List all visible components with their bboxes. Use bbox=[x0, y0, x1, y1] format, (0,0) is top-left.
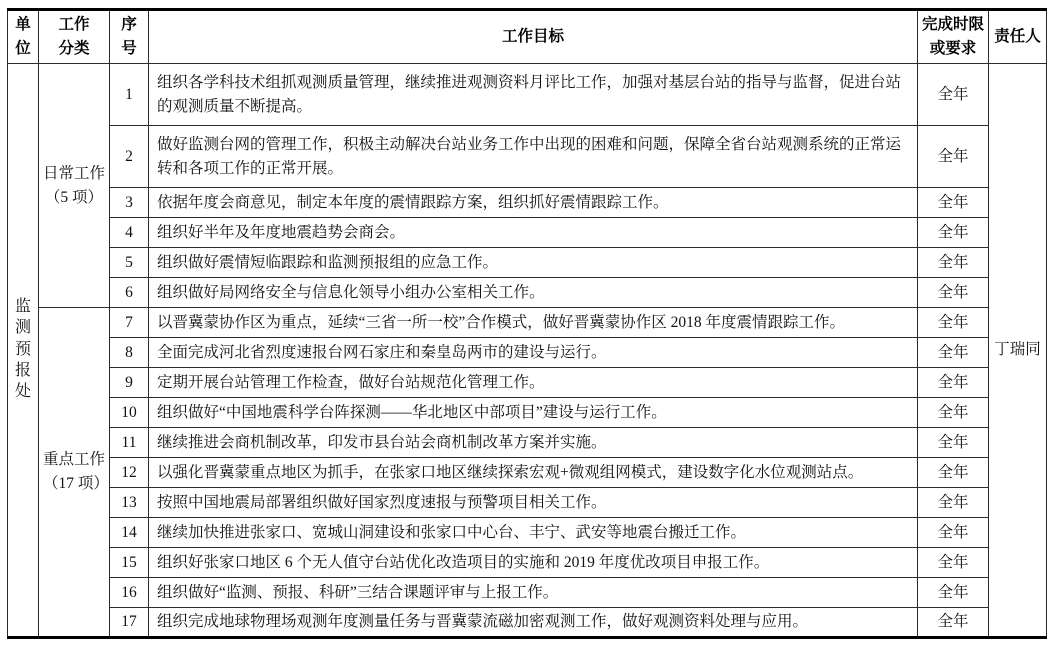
document-page: 单位 工作 分类 序号 工作目标 完成时限 或要求 责任人 监测预报处 日常工作… bbox=[0, 0, 1053, 650]
row-index: 7 bbox=[110, 308, 149, 338]
row-deadline: 全年 bbox=[918, 608, 989, 638]
row-goal: 继续加快推进张家口、宽城山洞建设和张家口中心台、丰宁、武安等地震台搬迁工作。 bbox=[149, 518, 918, 548]
row-deadline: 全年 bbox=[918, 338, 989, 368]
table-row: 12 以强化晋冀蒙重点地区为抓手，在张家口地区继续探索宏观+微观组网模式，建设数… bbox=[8, 458, 1047, 488]
row-deadline: 全年 bbox=[918, 578, 989, 608]
row-deadline: 全年 bbox=[918, 188, 989, 218]
row-goal: 组织好张家口地区 6 个无人值守台站优化改造项目的实施和 2019 年度优改项目… bbox=[149, 548, 918, 578]
table-row: 3 依据年度会商意见，制定本年度的震情跟踪方案，组织抓好震情跟踪工作。 全年 bbox=[8, 188, 1047, 218]
row-index: 4 bbox=[110, 218, 149, 248]
row-goal: 组织做好震情短临跟踪和监测预报组的应急工作。 bbox=[149, 248, 918, 278]
row-index: 15 bbox=[110, 548, 149, 578]
row-index: 14 bbox=[110, 518, 149, 548]
row-index: 1 bbox=[110, 64, 149, 126]
row-deadline: 全年 bbox=[918, 488, 989, 518]
table-row: 5 组织做好震情短临跟踪和监测预报组的应急工作。 全年 bbox=[8, 248, 1047, 278]
row-deadline: 全年 bbox=[918, 548, 989, 578]
row-goal: 定期开展台站管理工作检查，做好台站规范化管理工作。 bbox=[149, 368, 918, 398]
header-goal: 工作目标 bbox=[149, 10, 918, 64]
row-goal: 做好监测台网的管理工作，积极主动解决台站业务工作中出现的困难和问题，保障全省台站… bbox=[149, 126, 918, 188]
category-cell-daily: 日常工作 （5 项） bbox=[39, 64, 110, 308]
row-index: 3 bbox=[110, 188, 149, 218]
row-goal: 以强化晋冀蒙重点地区为抓手，在张家口地区继续探索宏观+微观组网模式，建设数字化水… bbox=[149, 458, 918, 488]
row-goal: 组织做好局网络安全与信息化领导小组办公室相关工作。 bbox=[149, 278, 918, 308]
row-deadline: 全年 bbox=[918, 308, 989, 338]
table-row: 13 按照中国地震局部署组织做好国家烈度速报与预警项目相关工作。 全年 bbox=[8, 488, 1047, 518]
row-deadline: 全年 bbox=[918, 518, 989, 548]
header-unit: 单位 bbox=[8, 10, 39, 64]
row-index: 17 bbox=[110, 608, 149, 638]
unit-label: 监测预报处 bbox=[15, 296, 31, 402]
table-row: 15 组织好张家口地区 6 个无人值守台站优化改造项目的实施和 2019 年度优… bbox=[8, 548, 1047, 578]
row-goal: 依据年度会商意见，制定本年度的震情跟踪方案，组织抓好震情跟踪工作。 bbox=[149, 188, 918, 218]
header-responsible: 责任人 bbox=[989, 10, 1047, 64]
row-index: 8 bbox=[110, 338, 149, 368]
row-goal: 按照中国地震局部署组织做好国家烈度速报与预警项目相关工作。 bbox=[149, 488, 918, 518]
row-goal: 组织做好“中国地震科学台阵探测——华北地区中部项目”建设与运行工作。 bbox=[149, 398, 918, 428]
row-index: 11 bbox=[110, 428, 149, 458]
row-index: 10 bbox=[110, 398, 149, 428]
table-row: 4 组织好半年及年度地震趋势会商会。 全年 bbox=[8, 218, 1047, 248]
row-deadline: 全年 bbox=[918, 428, 989, 458]
table-row: 14 继续加快推进张家口、宽城山洞建设和张家口中心台、丰宁、武安等地震台搬迁工作… bbox=[8, 518, 1047, 548]
row-deadline: 全年 bbox=[918, 458, 989, 488]
table-row: 6 组织做好局网络安全与信息化领导小组办公室相关工作。 全年 bbox=[8, 278, 1047, 308]
row-index: 6 bbox=[110, 278, 149, 308]
row-deadline: 全年 bbox=[918, 126, 989, 188]
table-row: 10 组织做好“中国地震科学台阵探测——华北地区中部项目”建设与运行工作。 全年 bbox=[8, 398, 1047, 428]
header-deadline: 完成时限 或要求 bbox=[918, 10, 989, 64]
table-row: 17 组织完成地球物理场观测年度测量任务与晋冀蒙流磁加密观测工作，做好观测资料处… bbox=[8, 608, 1047, 638]
table-row: 8 全面完成河北省烈度速报台网石家庄和秦皇岛两市的建设与运行。 全年 bbox=[8, 338, 1047, 368]
row-index: 16 bbox=[110, 578, 149, 608]
table-row: 重点工作 （17 项） 7 以晋冀蒙协作区为重点，延续“三省一所一校”合作模式，… bbox=[8, 308, 1047, 338]
row-deadline: 全年 bbox=[918, 398, 989, 428]
responsible-cell: 丁瑞同 bbox=[989, 64, 1047, 638]
row-index: 13 bbox=[110, 488, 149, 518]
row-index: 5 bbox=[110, 248, 149, 278]
row-index: 12 bbox=[110, 458, 149, 488]
header-index: 序号 bbox=[110, 10, 149, 64]
row-goal: 全面完成河北省烈度速报台网石家庄和秦皇岛两市的建设与运行。 bbox=[149, 338, 918, 368]
row-goal: 组织各学科技术组抓观测质量管理，继续推进观测资料月评比工作，加强对基层台站的指导… bbox=[149, 64, 918, 126]
table-row: 11 继续推进会商机制改革，印发市县台站会商机制改革方案并实施。 全年 bbox=[8, 428, 1047, 458]
row-goal: 组织做好“监测、预报、科研”三结合课题评审与上报工作。 bbox=[149, 578, 918, 608]
category-cell-key: 重点工作 （17 项） bbox=[39, 308, 110, 638]
table-row: 9 定期开展台站管理工作检查，做好台站规范化管理工作。 全年 bbox=[8, 368, 1047, 398]
row-deadline: 全年 bbox=[918, 248, 989, 278]
row-index: 2 bbox=[110, 126, 149, 188]
row-deadline: 全年 bbox=[918, 64, 989, 126]
row-goal: 以晋冀蒙协作区为重点，延续“三省一所一校”合作模式，做好晋冀蒙协作区 2018 … bbox=[149, 308, 918, 338]
row-deadline: 全年 bbox=[918, 278, 989, 308]
row-deadline: 全年 bbox=[918, 218, 989, 248]
row-goal: 组织完成地球物理场观测年度测量任务与晋冀蒙流磁加密观测工作，做好观测资料处理与应… bbox=[149, 608, 918, 638]
work-plan-table: 单位 工作 分类 序号 工作目标 完成时限 或要求 责任人 监测预报处 日常工作… bbox=[7, 8, 1047, 639]
table-row: 监测预报处 日常工作 （5 项） 1 组织各学科技术组抓观测质量管理，继续推进观… bbox=[8, 64, 1047, 126]
row-index: 9 bbox=[110, 368, 149, 398]
row-goal: 继续推进会商机制改革，印发市县台站会商机制改革方案并实施。 bbox=[149, 428, 918, 458]
row-goal: 组织好半年及年度地震趋势会商会。 bbox=[149, 218, 918, 248]
table-row: 16 组织做好“监测、预报、科研”三结合课题评审与上报工作。 全年 bbox=[8, 578, 1047, 608]
header-category: 工作 分类 bbox=[39, 10, 110, 64]
table-row: 2 做好监测台网的管理工作，积极主动解决台站业务工作中出现的困难和问题，保障全省… bbox=[8, 126, 1047, 188]
unit-cell: 监测预报处 bbox=[8, 64, 39, 638]
row-deadline: 全年 bbox=[918, 368, 989, 398]
header-row: 单位 工作 分类 序号 工作目标 完成时限 或要求 责任人 bbox=[8, 10, 1047, 64]
